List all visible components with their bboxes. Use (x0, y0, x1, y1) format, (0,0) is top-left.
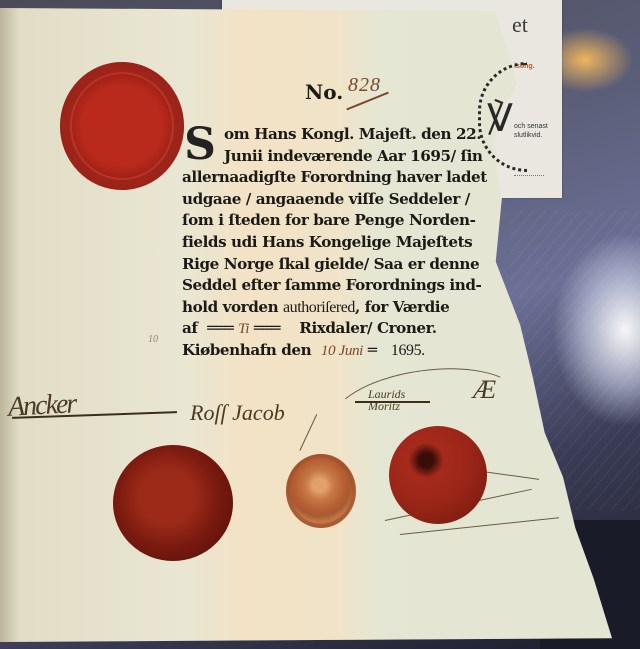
label-dotted-line (514, 175, 544, 176)
label-title-fragment: et (512, 12, 528, 38)
value-line: af ═══ Ti ═══ Rixdaler/ Croner. (182, 318, 500, 340)
decree-line: hold vorden authoriſered, for Værdie (182, 297, 500, 319)
decree-line: om Hans Kongl. Majeſt. den 22. (182, 124, 500, 146)
serial-number-handwritten: 828 (348, 74, 381, 97)
authorised-word: authoriſered (283, 299, 355, 316)
decree-line: Seddel efter ſamme Forordnings ind- (182, 275, 500, 297)
wax-seal-top-left (60, 62, 184, 190)
decree-line: udgaae / angaaende viſſe Seddeler / (182, 189, 500, 211)
decree-line: fields udi Hans Kongelige Majeſtets (182, 232, 500, 254)
number-label: No. (305, 80, 343, 104)
wax-seal-bottom-left (113, 445, 233, 561)
decree-line: ſom i ſteden for bare Penge Norden- (182, 210, 500, 232)
decree-text: om Hans Kongl. Majeſt. den 22. Junii ind… (182, 124, 500, 362)
wax-seal-bottom-center (286, 454, 356, 528)
ornamental-drop-cap: S (178, 124, 222, 166)
paper-edge-shadow (0, 8, 20, 642)
signature-2: Roſſ Jacob (190, 400, 285, 426)
decree-line: allernaadigſte Forordning haver ladet (182, 167, 500, 189)
decree-line: Rige Norge ſkal gielde/ Saa er denne (182, 254, 500, 276)
decree-line: Junii indeværende Aar 1695/ ſin (182, 146, 500, 168)
date-line: Kiøbenhafn den 10 Juni ═ 1695. (182, 340, 500, 362)
handwritten-date: 10 Juni (321, 342, 363, 359)
handwritten-amount: Ti (238, 320, 249, 337)
margin-pencil-mark: 10 (148, 334, 158, 345)
wax-seal-bottom-right (389, 426, 487, 524)
signature-1: Ancker (7, 388, 76, 423)
